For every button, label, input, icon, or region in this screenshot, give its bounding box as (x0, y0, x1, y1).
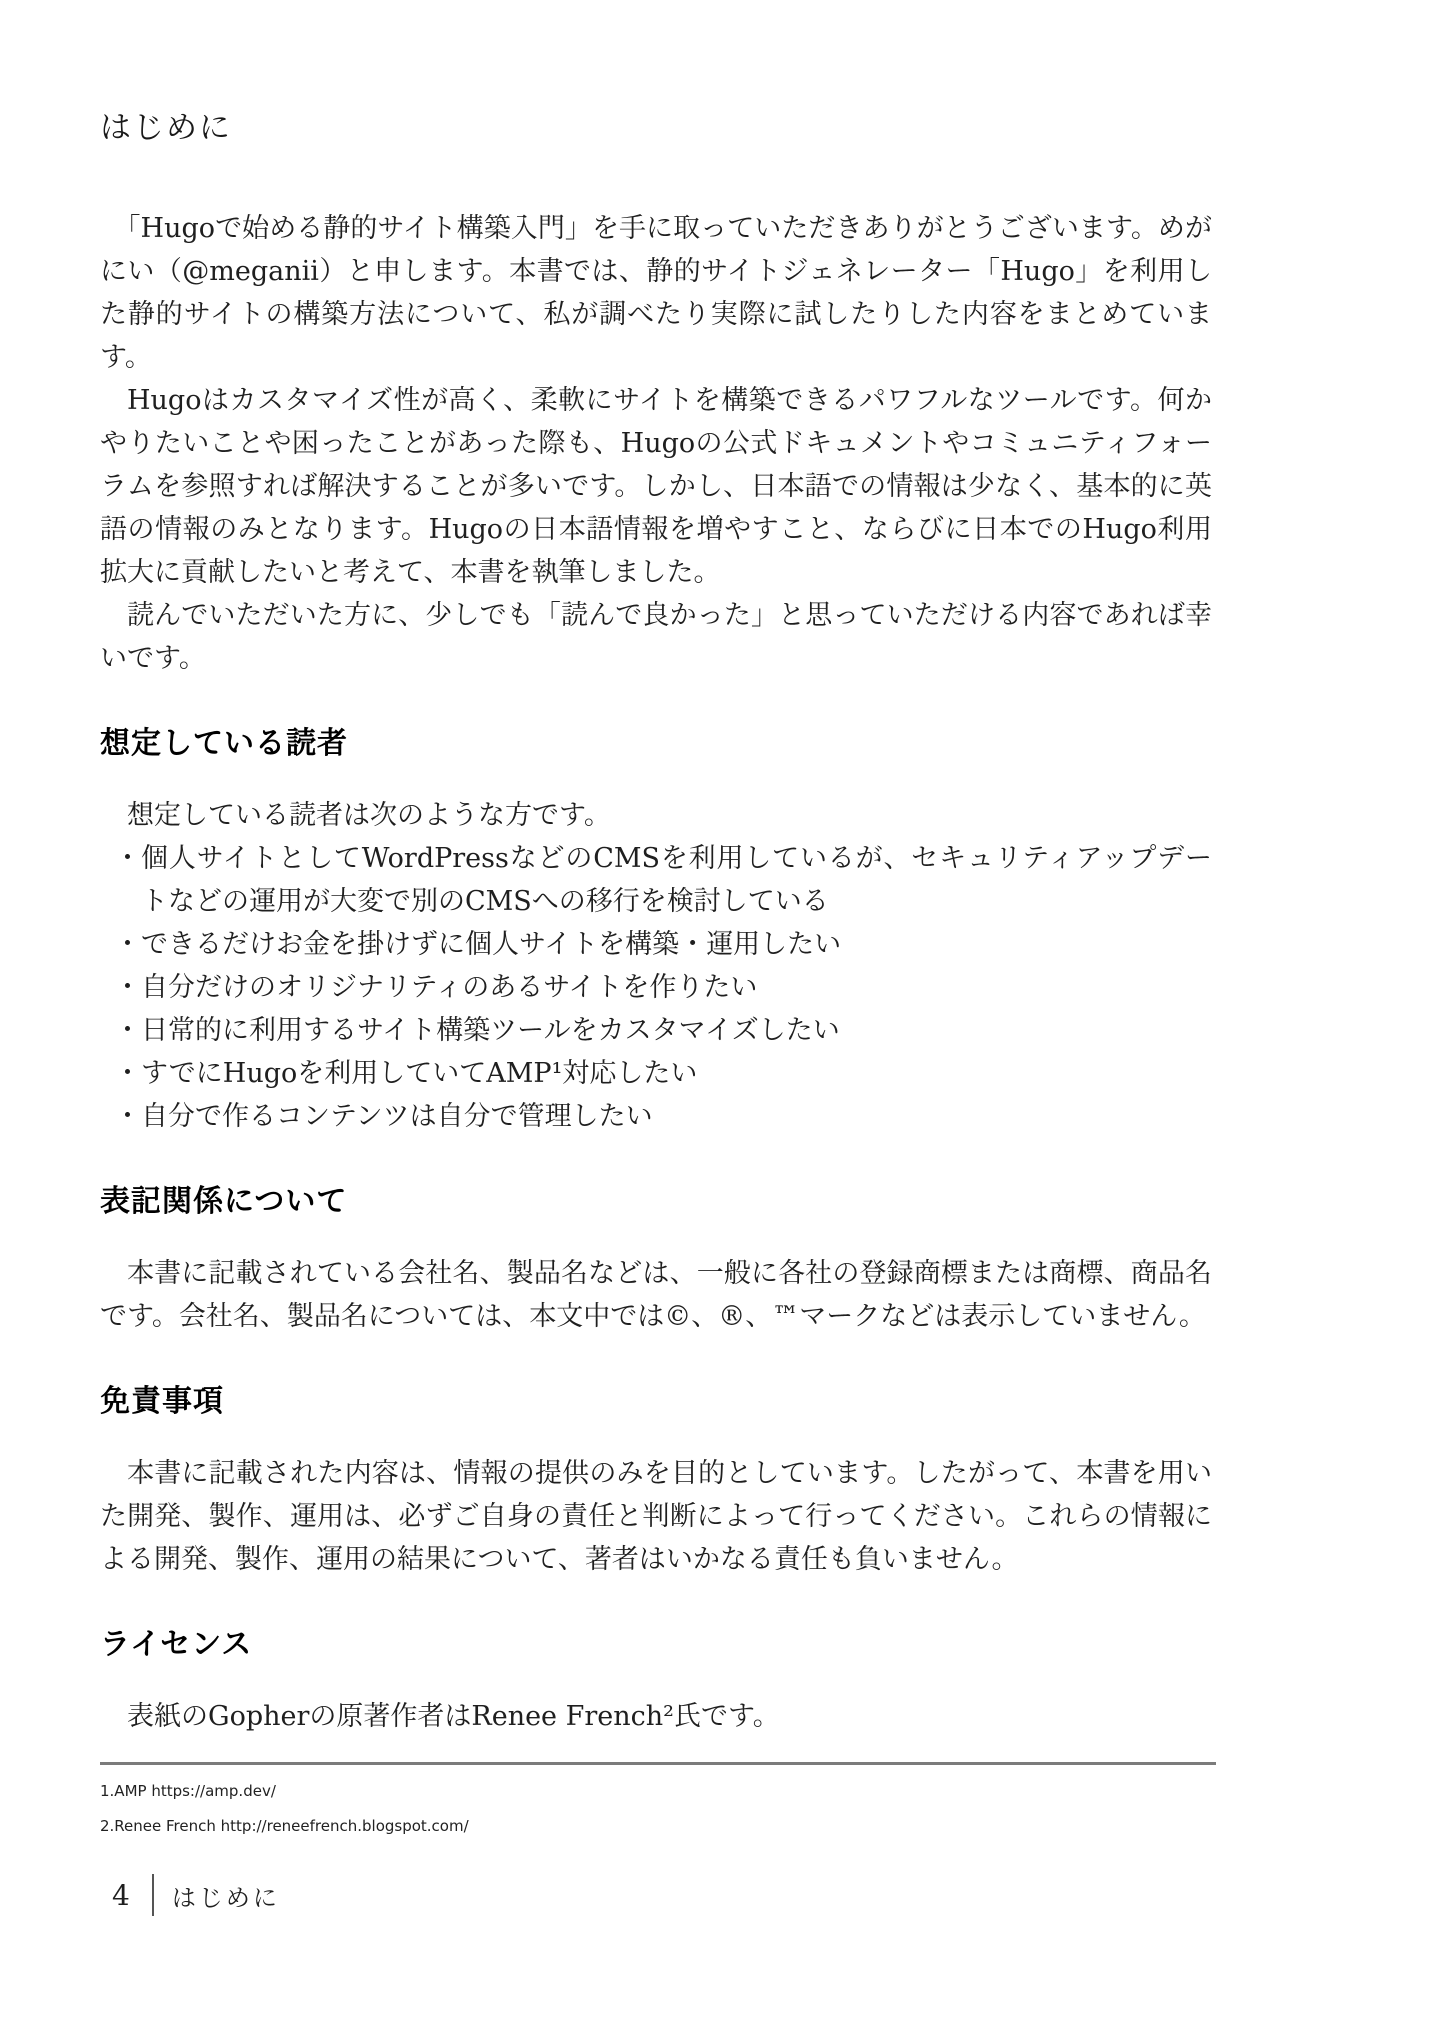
readers-lead: 想定している読者は次のような方です。 (100, 794, 1212, 837)
list-item: ・ できるだけお金を掛けずに個人サイトを構築・運用したい (114, 923, 1212, 966)
list-item: ・ すでにHugoを利用していてAMP¹対応したい (114, 1052, 1212, 1095)
section-heading-disclaimer: 免責事項 (100, 1386, 1212, 1418)
list-item-text: 日常的に利用するサイト構築ツールをカスタマイズしたい (141, 1015, 840, 1046)
footnote-divider (100, 1762, 1216, 1765)
section-heading-license: ライセンス (100, 1629, 1212, 1661)
section-notation: 表記関係について 本書に記載されている会社名、製品名などは、一般に各社の登録商標… (100, 1186, 1212, 1338)
list-item: ・ 自分だけのオリジナリティのあるサイトを作りたい (114, 966, 1212, 1009)
section-readers: 想定している読者 想定している読者は次のような方です。 ・ 個人サイトとしてWo… (100, 728, 1212, 1138)
section-disclaimer: 免責事項 本書に記載された内容は、情報の提供のみを目的としています。したがって、… (100, 1386, 1212, 1581)
intro-paragraph: 読んでいただいた方に、少しでも「読んで良かった」と思っていただける内容であれば幸… (100, 594, 1212, 680)
list-item: ・ 個人サイトとしてWordPressなどのCMSを利用しているが、セキュリティ… (114, 837, 1212, 923)
bullet-icon: ・ (114, 1052, 141, 1095)
footer-section-label: はじめに (172, 1878, 280, 1913)
book-page: はじめに 「Hugoで始める静的サイト構築入門」を手に取っていただきありがとうご… (0, 0, 1433, 2024)
section-heading-notation: 表記関係について (100, 1186, 1212, 1218)
intro-block: 「Hugoで始める静的サイト構築入門」を手に取っていただきありがとうございます。… (100, 207, 1212, 680)
disclaimer-paragraph: 本書に記載された内容は、情報の提供のみを目的としています。したがって、本書を用い… (100, 1452, 1212, 1581)
list-item: ・ 自分で作るコンテンツは自分で管理したい (114, 1095, 1212, 1138)
footer-divider (152, 1874, 154, 1916)
footnote: 1.AMP https://amp.dev/ (100, 1774, 1212, 1809)
license-paragraph: 表紙のGopherの原著作者はRenee French²氏です。 (100, 1695, 1212, 1738)
bullet-icon: ・ (114, 966, 141, 1009)
bullet-icon: ・ (114, 1095, 141, 1138)
notation-paragraph: 本書に記載されている会社名、製品名などは、一般に各社の登録商標または商標、商品名… (100, 1252, 1212, 1338)
content-column: はじめに 「Hugoで始める静的サイト構築入門」を手に取っていただきありがとうご… (100, 0, 1212, 1844)
footnote: 2.Renee French http://reneefrench.blogsp… (100, 1809, 1212, 1844)
page-footer: 4 はじめに (112, 1874, 280, 1916)
section-heading-readers: 想定している読者 (100, 728, 1212, 760)
intro-paragraph: 「Hugoで始める静的サイト構築入門」を手に取っていただきありがとうございます。… (100, 207, 1212, 379)
page-number: 4 (112, 1879, 130, 1912)
list-item-text: すでにHugoを利用していてAMP¹対応したい (141, 1058, 697, 1089)
bullet-icon: ・ (114, 837, 141, 880)
page-title: はじめに (100, 110, 1212, 146)
list-item-text: できるだけお金を掛けずに個人サイトを構築・運用したい (141, 929, 841, 960)
list-item: ・ 日常的に利用するサイト構築ツールをカスタマイズしたい (114, 1009, 1212, 1052)
bullet-icon: ・ (114, 923, 141, 966)
list-item-text: 自分で作るコンテンツは自分で管理したい (141, 1101, 653, 1132)
list-item-text: 自分だけのオリジナリティのあるサイトを作りたい (141, 972, 757, 1003)
readers-list: ・ 個人サイトとしてWordPressなどのCMSを利用しているが、セキュリティ… (100, 837, 1212, 1138)
section-license: ライセンス 表紙のGopherの原著作者はRenee French²氏です。 (100, 1629, 1212, 1738)
intro-paragraph: Hugoはカスタマイズ性が高く、柔軟にサイトを構築できるパワフルなツールです。何… (100, 379, 1212, 594)
bullet-icon: ・ (114, 1009, 141, 1052)
list-item-text: 個人サイトとしてWordPressなどのCMSを利用しているが、セキュリティアッ… (141, 843, 1212, 917)
footnotes-block: 1.AMP https://amp.dev/ 2.Renee French ht… (100, 1774, 1212, 1844)
